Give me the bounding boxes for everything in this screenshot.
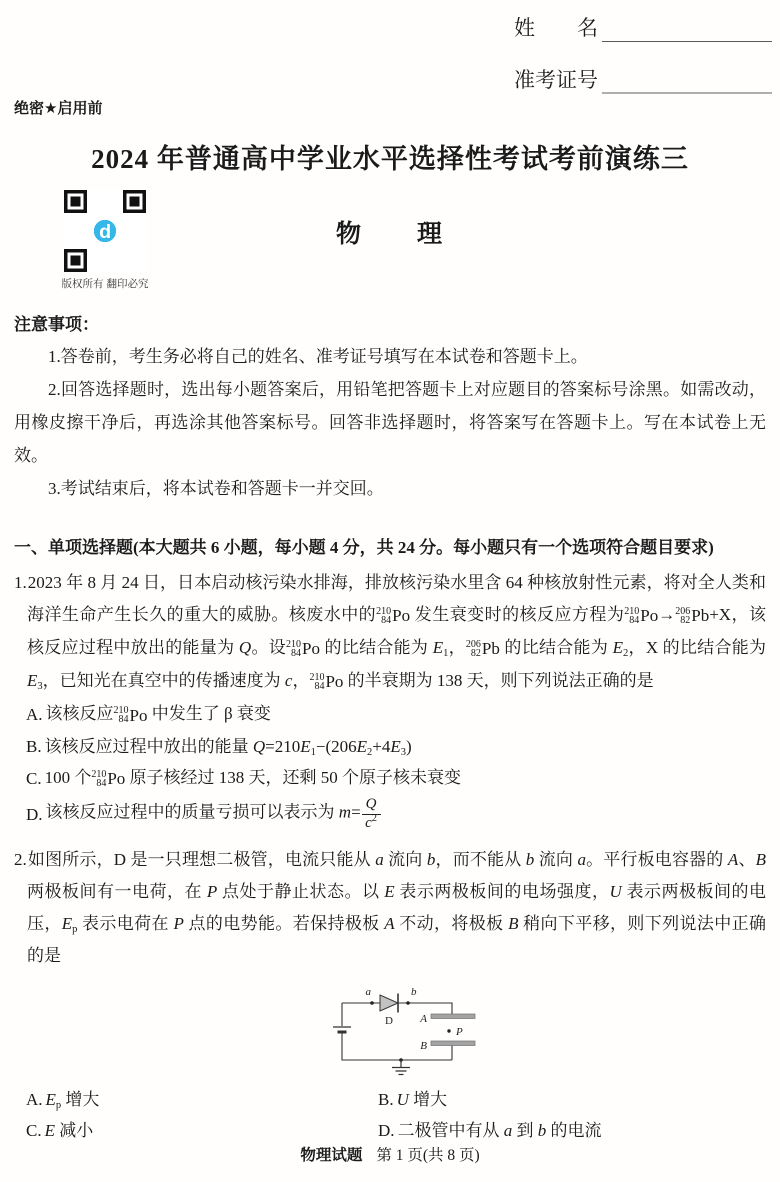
capacitor-plate-a [431, 1014, 475, 1019]
note-item-1: 1.答卷前，考生务必将自己的姓名、准考证号填写在本试卷和答题卡上。 [14, 340, 766, 373]
question-2-stem: 2.如图所示，D 是一只理想二极管，电流只能从 a 流向 b，而不能从 b 流向… [14, 844, 766, 972]
option-text: E 减小 [45, 1115, 94, 1146]
option-text: 该核反应过程中的质量亏损可以表示为 m=Qc2 [46, 794, 382, 834]
option-label: B. [378, 1084, 394, 1115]
admission-underline [602, 68, 772, 94]
point-p-dot [447, 1029, 450, 1032]
label-p: P [455, 1026, 463, 1038]
question-2-option-b: B.U 增大 [378, 1084, 447, 1115]
option-text: 该核反应过程中放出的能量 Q=210E1−(206E2+4E3) [45, 731, 412, 762]
question-1-option-c: C.100 个21084Po 原子核经过 138 天，还剩 50 个原子核未衰变 [26, 762, 766, 795]
circuit-figure-svg: a b D A B P [330, 980, 490, 1080]
section-heading-main: 一、单项选择题 [14, 538, 133, 557]
option-label: D. [378, 1115, 395, 1146]
option-text: Ep 增大 [46, 1084, 100, 1115]
notes-heading: 注意事项： [14, 310, 766, 340]
question-1: 1.2023 年 8 月 24 日，日本启动核污染水排海，排放核污染水里含 64… [14, 567, 766, 834]
option-label: C. [26, 763, 42, 794]
option-label: A. [26, 699, 43, 730]
label-a: a [366, 986, 372, 998]
question-2-option-c: C.E 减小 [26, 1115, 366, 1146]
question-1-option-a: A.该核反应21084Po 中发生了 β 衰变 [26, 698, 766, 731]
question-1-option-d: D.该核反应过程中的质量亏损可以表示为 m=Qc2 [26, 794, 766, 834]
label-d: D [385, 1015, 393, 1027]
label-plate-a: A [419, 1013, 427, 1025]
qr-caption: 版权所有 翻印必究 [55, 276, 155, 291]
option-label: B. [26, 731, 42, 762]
footer-subject: 物理试题 [300, 1147, 362, 1164]
admission-label: 准考证号 [514, 64, 598, 94]
exam-page: 姓 名 准考证号 绝密★启用前 2024 年普通高中学业水平选择性考试考前演练三 [0, 0, 780, 1182]
question-1-text: 2023 年 8 月 24 日，日本启动核污染水排海，排放核污染水里含 64 种… [27, 573, 766, 690]
note-item-2: 2.回答选择题时，选出每小题答案后，用铅笔把答题卡上对应题目的答案标号涂黑。如需… [14, 373, 766, 472]
section-heading: 一、单项选择题(本大题共 6 小题，每小题 4 分，共 24 分。每小题只有一个… [14, 531, 766, 565]
terminal-b-dot [406, 1001, 410, 1005]
wire-bottom [342, 1033, 452, 1060]
note-item-3: 3.考试结束后，将本试卷和答题卡一并交回。 [14, 472, 766, 505]
option-label: D. [26, 799, 43, 830]
question-2-options-row-2: C.E 减小 D.二极管中有从 a 到 b 的电流 [14, 1115, 766, 1146]
option-text: 二极管中有从 a 到 b 的电流 [398, 1115, 602, 1146]
question-2-text: 如图所示，D 是一只理想二极管，电流只能从 a 流向 b，而不能从 b 流向 a… [27, 850, 766, 965]
label-b: b [411, 986, 417, 998]
capacitor-plate-b [431, 1041, 475, 1046]
name-underline [602, 17, 772, 42]
label-plate-b: B [420, 1040, 427, 1052]
option-label: A. [26, 1084, 43, 1115]
circuit-diagram: a b D A B P [330, 980, 766, 1080]
qr-image: d [64, 190, 146, 272]
question-1-option-b: B.该核反应过程中放出的能量 Q=210E1−(206E2+4E3) [26, 731, 766, 762]
name-field-row: 姓 名 [514, 12, 772, 42]
battery-icon [333, 1027, 351, 1032]
option-text: U 增大 [397, 1084, 448, 1115]
question-1-number: 1. [14, 573, 27, 592]
name-label: 姓 名 [514, 12, 598, 42]
question-2-option-d: D.二极管中有从 a 到 b 的电流 [378, 1115, 602, 1146]
question-2-options-row-1: A.Ep 增大 B.U 增大 [14, 1084, 766, 1115]
diode-icon [380, 993, 398, 1012]
question-2-option-a: A.Ep 增大 [26, 1084, 366, 1115]
ground-icon [392, 1058, 410, 1074]
question-2: 2.如图所示，D 是一只理想二极管，电流只能从 a 流向 b，而不能从 b 流向… [14, 844, 766, 1146]
footer-page-number: 第 1 页(共 8 页) [376, 1147, 479, 1164]
page-content: 绝密★启用前 2024 年普通高中学业水平选择性考试考前演练三 d 版权所有 翻… [0, 0, 780, 1146]
qr-code: d 版权所有 翻印必究 [55, 190, 155, 291]
option-text: 100 个21084Po 原子核经过 138 天，还剩 50 个原子核未衰变 [45, 762, 461, 795]
page-footer: 物理试题第 1 页(共 8 页) [0, 1143, 780, 1165]
question-2-number: 2. [14, 850, 27, 869]
notes-section: 注意事项： 1.答卷前，考生务必将自己的姓名、准考证号填写在本试卷和答题卡上。 … [14, 310, 766, 505]
question-1-stem: 1.2023 年 8 月 24 日，日本启动核污染水排海，排放核污染水里含 64… [14, 567, 766, 698]
exam-title: 2024 年普通高中学业水平选择性考试考前演练三 [14, 136, 766, 182]
section-heading-paren: (本大题共 6 小题，每小题 4 分，共 24 分。每小题只有一个选项符合题目要… [133, 538, 714, 557]
candidate-fields: 姓 名 准考证号 [514, 12, 772, 116]
qr-logo-letter: d [99, 221, 111, 243]
option-text: 该核反应21084Po 中发生了 β 衰变 [46, 698, 271, 731]
admission-field-row: 准考证号 [514, 64, 772, 94]
option-label: C. [26, 1115, 42, 1146]
terminal-a-dot [370, 1001, 374, 1005]
